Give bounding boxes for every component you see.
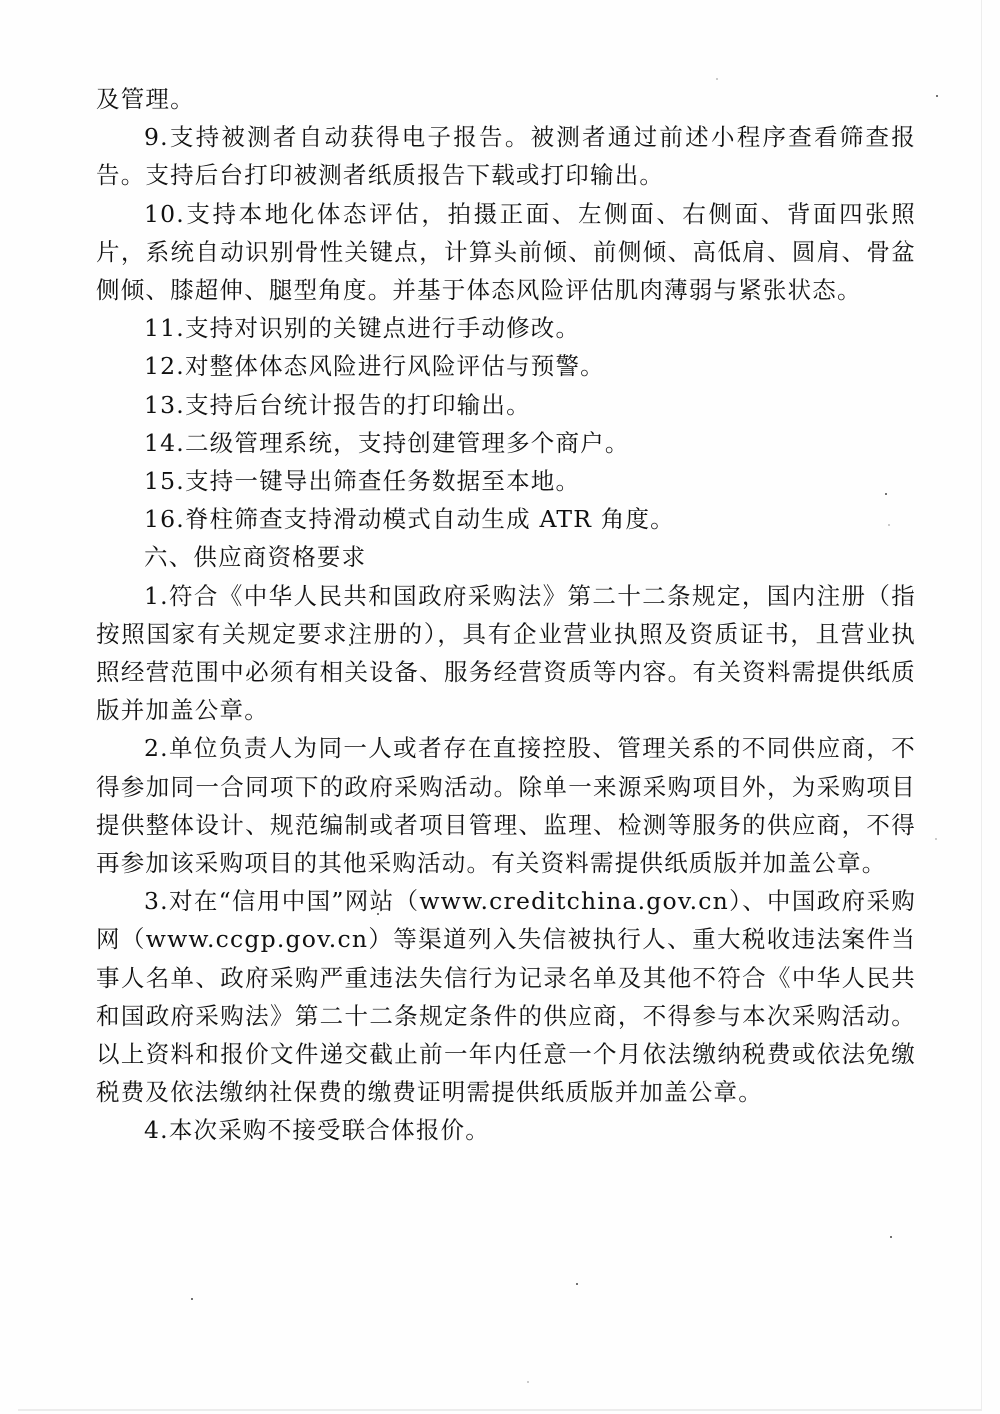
document-body: 及管理。 9.支持被测者自动获得电子报告。被测者通过前述小程序查看筛查报告。支持… — [96, 80, 916, 1150]
continuation-text: 及管理。 — [96, 80, 916, 118]
feature-list: 9.支持被测者自动获得电子报告。被测者通过前述小程序查看筛查报告。支持后台打印被… — [96, 118, 916, 538]
requirement-list: 1.符合《中华人民共和国政府采购法》第二十二条规定，国内注册（指按照国家有关规定… — [96, 577, 916, 1150]
feature-item-15: 15.支持一键导出筛查任务数据至本地。 — [96, 462, 916, 500]
requirement-item-1: 1.符合《中华人民共和国政府采购法》第二十二条规定，国内注册（指按照国家有关规定… — [96, 577, 916, 730]
scan-speck — [936, 95, 938, 97]
feature-item-12: 12.对整体体态风险进行风险评估与预警。 — [96, 347, 916, 385]
section-heading: 六、供应商资格要求 — [96, 538, 916, 576]
requirement-item-3: 3.对在“信用中国”网站（www.creditchina.gov.cn）、中国政… — [96, 882, 916, 1111]
feature-item-11: 11.支持对识别的关键点进行手动修改。 — [96, 309, 916, 347]
page-edge-right — [981, 0, 982, 1410]
requirement-item-4: 4.本次采购不接受联合体报价。 — [96, 1111, 916, 1149]
page-edge-bottom — [18, 1409, 982, 1411]
scan-speck — [890, 1236, 892, 1238]
scan-speck — [576, 1283, 578, 1285]
requirement-item-2: 2.单位负责人为同一人或者存在直接控股、管理关系的不同供应商，不得参加同一合同项… — [96, 729, 916, 882]
feature-item-13: 13.支持后台统计报告的打印输出。 — [96, 386, 916, 424]
scan-speck — [935, 838, 937, 840]
feature-item-14: 14.二级管理系统，支持创建管理多个商户。 — [96, 424, 916, 462]
feature-item-16: 16.脊柱筛查支持滑动模式自动生成 ATR 角度。 — [96, 500, 916, 538]
feature-item-9: 9.支持被测者自动获得电子报告。被测者通过前述小程序查看筛查报告。支持后台打印被… — [96, 118, 916, 194]
feature-item-10: 10.支持本地化体态评估，拍摄正面、左侧面、右侧面、背面四张照片，系统自动识别骨… — [96, 195, 916, 310]
scanned-document-page: 及管理。 9.支持被测者自动获得电子报告。被测者通过前述小程序查看筛查报告。支持… — [0, 0, 1000, 1414]
scan-speck — [191, 1298, 193, 1300]
scan-speck — [527, 1381, 529, 1383]
